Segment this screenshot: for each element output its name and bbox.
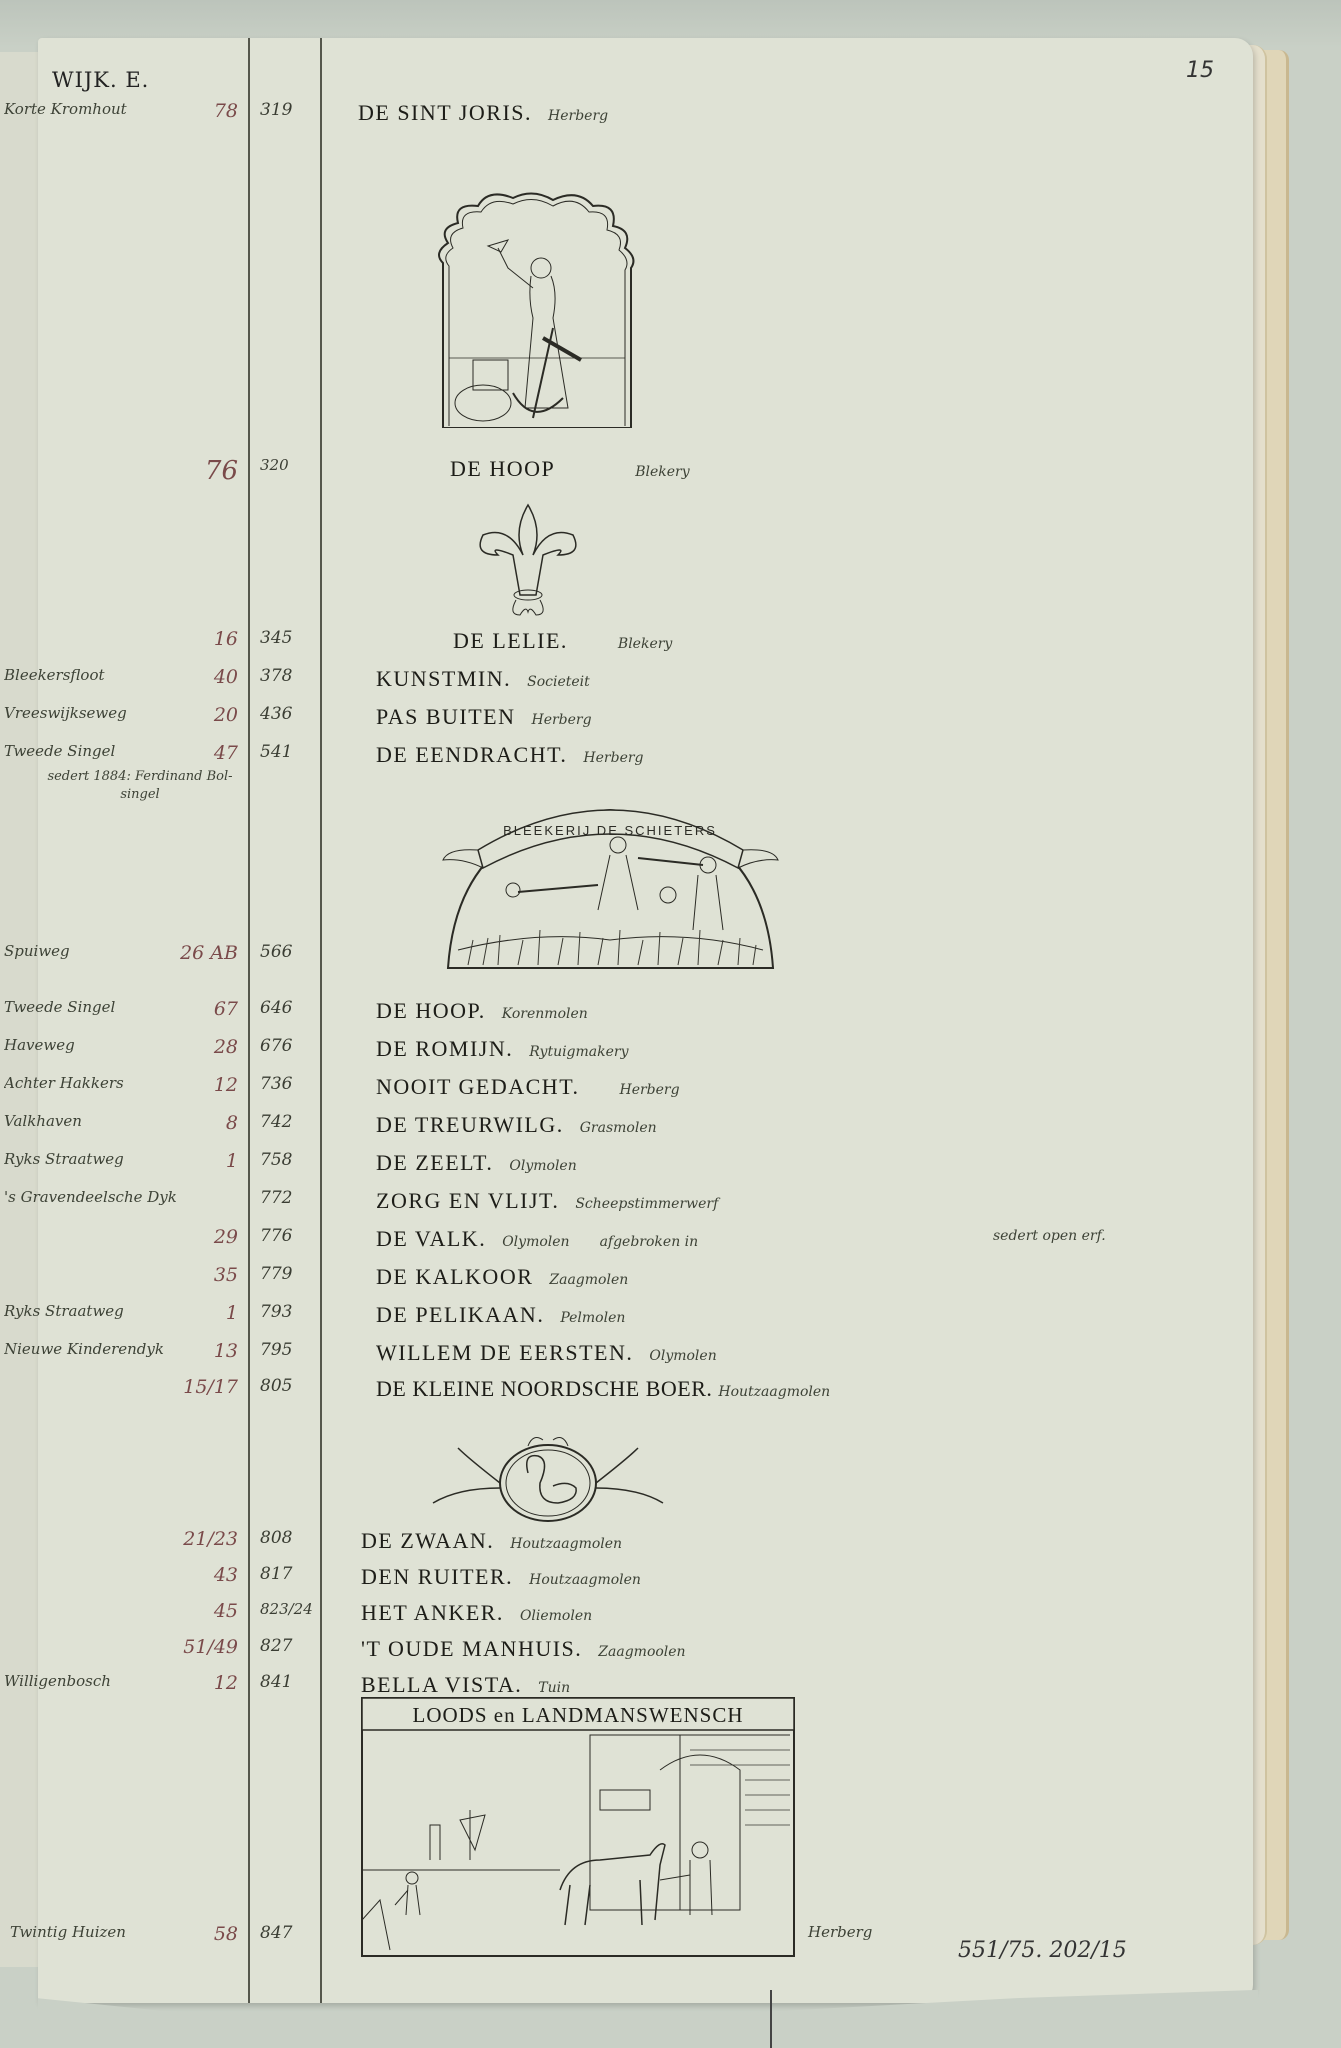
house-number: 40: [158, 666, 238, 688]
loods-landmanswensch-sign-illustration: LOODS en LANDMANSWENSCH: [360, 1660, 800, 1960]
register-number: 827: [260, 1636, 316, 1656]
establishment-type: Herberg: [620, 1082, 680, 1098]
establishment-type: Olymolen: [649, 1348, 716, 1364]
ledger-row: Tweede Singel 67 646 DE HOOP.Korenmolen: [38, 998, 1238, 1028]
establishment-type: Grasmolen: [580, 1120, 657, 1136]
establishment-name: DE SINT JORIS.Herberg: [358, 100, 608, 126]
ledger-row: Haveweg 28 676 DE ROMIJN.Rytuigmakery: [38, 1036, 1238, 1066]
open-lot-note: sedert open erf.: [993, 1228, 1106, 1244]
register-number: 772: [260, 1188, 316, 1208]
ledger-row: Achter Hakkers 12 736 NOOIT GEDACHT.Herb…: [38, 1074, 1238, 1104]
house-number: 76: [158, 456, 238, 486]
establishment-name: PAS BUITENHerberg: [376, 704, 592, 730]
register-number: 436: [260, 704, 316, 724]
register-number: 776: [260, 1226, 316, 1246]
establishment-type: Zaagmoolen: [598, 1644, 685, 1660]
establishment-type: Houtzaagmolen: [529, 1572, 641, 1588]
house-number: 12: [158, 1074, 238, 1096]
register-number: 319: [260, 100, 316, 120]
establishment-type: Houtzaagmolen: [510, 1536, 622, 1552]
house-number: 1: [158, 1150, 238, 1172]
house-number: 28: [158, 1036, 238, 1058]
footer-reference: 551/75. 202/15: [958, 1938, 1127, 1963]
demolition-note: afgebroken in: [600, 1234, 699, 1250]
establishment-name: DE ZWAAN.Houtzaagmolen: [361, 1528, 622, 1554]
house-number: 12: [158, 1672, 238, 1694]
ledger-row: Vreeswijkseweg 20 436 PAS BUITENHerberg: [38, 704, 1238, 734]
establishment-name: DE HOOPBlekery: [450, 456, 690, 482]
bottom-entry-type: Herberg: [808, 1923, 872, 1941]
fleur-de-lis-illustration: [468, 500, 588, 620]
establishment-type: Blekery: [635, 464, 689, 480]
establishment-name: NOOIT GEDACHT.Herberg: [376, 1074, 680, 1100]
establishment-type: Zaagmolen: [549, 1272, 628, 1288]
house-number: 29: [158, 1226, 238, 1248]
register-number: 795: [260, 1340, 316, 1360]
establishment-type: Herberg: [583, 750, 643, 766]
establishment-type: Pelmolen: [560, 1310, 625, 1326]
ledger-row: Ryks Straatweg 1 758 DE ZEELT.Olymolen: [38, 1150, 1238, 1180]
register-number: 793: [260, 1302, 316, 1322]
establishment-type: Blekery: [618, 636, 672, 652]
ledger-row: Valkhaven 8 742 DE TREURWILG.Grasmolen: [38, 1112, 1238, 1142]
house-number: 16: [158, 628, 238, 650]
establishment-name: ZORG EN VLIJT.Scheepstimmerwerf: [376, 1188, 718, 1214]
establishment-name: DE VALK.Olymolenafgebroken in: [376, 1226, 698, 1252]
house-number: 51/49: [158, 1636, 238, 1658]
establishment-name: WILLEM DE EERSTEN.Olymolen: [376, 1340, 717, 1366]
establishment-name: DEN RUITER.Houtzaagmolen: [361, 1564, 641, 1590]
house-number: 43: [158, 1564, 238, 1586]
house-number: 78: [158, 100, 238, 122]
establishment-type: Societeit: [527, 674, 590, 690]
register-number: 676: [260, 1036, 316, 1056]
house-number: 13: [158, 1340, 238, 1362]
establishment-name: DE ZEELT.Olymolen: [376, 1150, 577, 1176]
establishment-type: Olymolen: [509, 1158, 576, 1174]
district-header: WIJK. E.: [52, 68, 149, 92]
ledger-row: 15/17 805 DE KLEINE NOORDSCHE BOER.Houtz…: [38, 1376, 1238, 1406]
establishment-type: Scheepstimmerwerf: [575, 1196, 718, 1212]
loods-banner-text: LOODS en LANDMANSWENSCH: [413, 1703, 744, 1727]
ledger-row: Nieuwe Kinderendyk 13 795 WILLEM DE EERS…: [38, 1340, 1238, 1370]
ledger-row: 16 345 DE LELIE.Blekery: [38, 628, 1238, 658]
ledger-row: 45 823/24 HET ANKER.Oliemolen: [38, 1600, 1238, 1630]
establishment-name: DE PELIKAAN.Pelmolen: [376, 1302, 625, 1328]
swan-sign-illustration: [428, 1428, 668, 1528]
house-number: 8: [158, 1112, 238, 1134]
register-number: 541: [260, 742, 316, 762]
establishment-type: Olymolen: [502, 1234, 569, 1250]
establishment-name: DE ROMIJN.Rytuigmakery: [376, 1036, 629, 1062]
house-number: 15/17: [158, 1376, 238, 1398]
establishment-name: DE KLEINE NOORDSCHE BOER.Houtzaagmolen: [376, 1376, 830, 1402]
schieters-banner-text: BLEEKERIJ DE SCHIETERS: [503, 823, 717, 838]
ledger-page: WIJK. E. 15 Korte Kromhout 78 319 DE SIN…: [38, 38, 1253, 2003]
establishment-name: DE EENDRACHT.Herberg: [376, 742, 644, 768]
register-number: 817: [260, 1564, 316, 1584]
street-rename-note: sedert 1884: Ferdinand Bol-singel: [40, 768, 240, 804]
ledger-row: Korte Kromhout 78 319 DE SINT JORIS.Herb…: [38, 100, 1238, 130]
ledger-row: Ryks Straatweg 1 793 DE PELIKAAN.Pelmole…: [38, 1302, 1238, 1332]
house-number: 67: [158, 998, 238, 1020]
establishment-type: Oliemolen: [520, 1608, 592, 1624]
establishment-name: HET ANKER.Oliemolen: [361, 1600, 592, 1626]
page-number: 15: [1186, 58, 1214, 83]
register-number: 808: [260, 1528, 316, 1548]
register-number: 320: [260, 456, 316, 474]
register-number: 779: [260, 1264, 316, 1284]
ledger-row: 21/23 808 DE ZWAAN.Houtzaagmolen: [38, 1528, 1238, 1558]
establishment-type: Korenmolen: [502, 1006, 588, 1022]
register-number: 742: [260, 1112, 316, 1132]
ledger-row: 76 320 DE HOOPBlekery: [38, 456, 1238, 486]
register-number: 823/24: [260, 1600, 316, 1618]
house-number: 26 AB: [158, 942, 238, 964]
register-number: 841: [260, 1672, 316, 1692]
ledger-row: 43 817 DEN RUITER.Houtzaagmolen: [38, 1564, 1238, 1594]
background-edge-line: [770, 1990, 772, 2048]
register-number: 646: [260, 998, 316, 1018]
house-number: 35: [158, 1264, 238, 1286]
establishment-name: DE HOOP.Korenmolen: [376, 998, 588, 1024]
establishment-name: 'T OUDE MANHUIS.Zaagmoolen: [361, 1636, 686, 1662]
establishment-name: DE KALKOORZaagmolen: [376, 1264, 628, 1290]
street-name: 's Gravendeelsche Dyk: [4, 1188, 244, 1206]
establishment-name: DE LELIE.Blekery: [453, 628, 672, 654]
ledger-row: Spuiweg 26 AB 566: [38, 942, 1238, 972]
establishment-type: Houtzaagmolen: [718, 1384, 830, 1400]
establishment-name: DE TREURWILG.Grasmolen: [376, 1112, 657, 1138]
house-number: 45: [158, 1600, 238, 1622]
ledger-row: 29 776 DE VALK.Olymolenafgebroken in sed…: [38, 1226, 1238, 1256]
establishment-type: Herberg: [548, 108, 608, 124]
house-number: 20: [158, 704, 238, 726]
register-number: 847: [260, 1923, 316, 1943]
register-number: 566: [260, 942, 316, 962]
register-number: 378: [260, 666, 316, 686]
ledger-row: 35 779 DE KALKOORZaagmolen: [38, 1264, 1238, 1294]
register-number: 736: [260, 1074, 316, 1094]
ledger-row: Bleekersfloot 40 378 KUNSTMIN.Societeit: [38, 666, 1238, 696]
establishment-type: Rytuigmakery: [529, 1044, 628, 1060]
ledger-row: 's Gravendeelsche Dyk 772 ZORG EN VLIJT.…: [38, 1188, 1238, 1218]
register-number: 758: [260, 1150, 316, 1170]
de-hoop-sign-illustration: [433, 188, 648, 428]
house-number: 21/23: [158, 1528, 238, 1550]
register-number: 805: [260, 1376, 316, 1396]
register-number: 345: [260, 628, 316, 648]
establishment-type: Herberg: [532, 712, 592, 728]
house-number: 47: [158, 742, 238, 764]
house-number: 1: [158, 1302, 238, 1324]
establishment-name: KUNSTMIN.Societeit: [376, 666, 590, 692]
house-number: 58: [158, 1923, 238, 1945]
